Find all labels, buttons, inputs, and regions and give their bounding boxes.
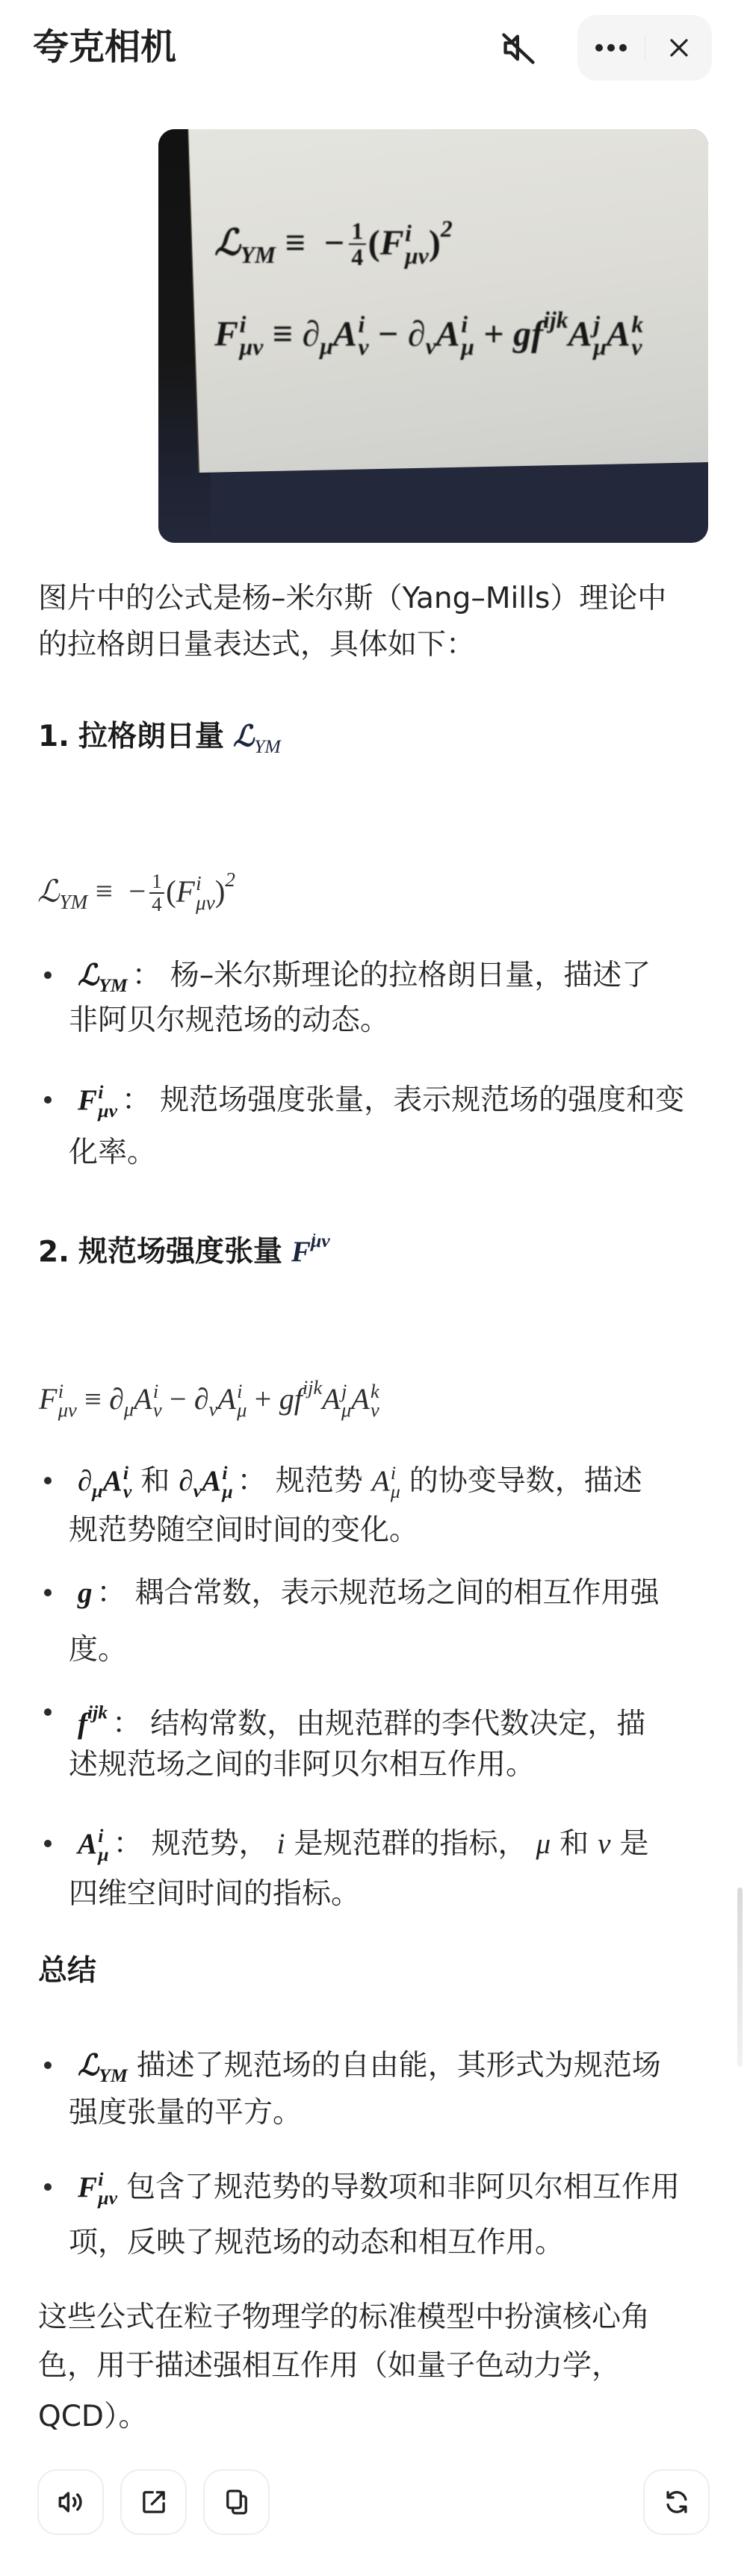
math-base: A [78, 1828, 97, 1860]
math-subscript: μ [237, 1401, 247, 1419]
speaker-muted-icon [500, 28, 539, 67]
equiv-sign: ≡ [96, 874, 113, 908]
list-item-line: ℒYM描述了规范场的自由能，其形式为规范场 [69, 2043, 661, 2089]
plus-sign: + [483, 314, 503, 354]
math-gauge-potential: Aiμ [372, 1465, 400, 1497]
math-subscript: ν [209, 1398, 218, 1420]
math-scripts: iμν [196, 874, 215, 912]
math-field-strength: Fiμν [78, 2171, 117, 2203]
power: 2 [225, 868, 235, 891]
list-item-text: 规范势， [152, 1827, 268, 1861]
photo-formula-field-strength: Fiμν≡∂μAiν−∂νAiμ+gfijkAjμAkν [214, 298, 643, 343]
minus-sign: − [128, 874, 146, 908]
list-item-text: 耦合常数，表示规范场之间的相互作用强 [135, 1576, 660, 1610]
math-scripts: iμν [98, 2171, 117, 2207]
math-index-mu: μ [536, 1828, 551, 1860]
math-subscript: μν [405, 245, 429, 267]
copy-icon [221, 2486, 252, 2518]
right-paren: ) [429, 223, 441, 263]
speaker-icon [55, 2486, 87, 2519]
share-icon [138, 2486, 170, 2518]
conclusion-line: 这些公式在粒子物理学的标准模型中扮演核心角 [38, 2295, 650, 2341]
bullet-dot [44, 1477, 52, 1484]
list-item-line: Fiμν包含了规范势的导数项和非阿贝尔相互作用 [69, 2165, 680, 2211]
colon: ： [132, 959, 161, 992]
list-item-line: 强度张量的平方。 [69, 2090, 302, 2136]
bullet-dot [44, 971, 52, 979]
math-scripts: iν [123, 1464, 131, 1501]
math-subscript: ν [359, 336, 369, 358]
list-item-text: 结构常数，由规范群的李代数决定，描 [150, 1707, 645, 1740]
bullet-dot [44, 1840, 52, 1847]
math-scripts: iμ [461, 314, 474, 358]
fraction: 14 [149, 871, 164, 915]
math-scripts: iμν [240, 314, 264, 358]
copy-button[interactable] [203, 2469, 270, 2535]
heading-number: 2. [38, 1235, 69, 1269]
math-base: f [531, 314, 543, 354]
math-derivative-mu: ∂μAiν [78, 1465, 131, 1497]
conclusion-line: QCD）。 [38, 2394, 147, 2440]
fraction-numerator: 1 [149, 871, 164, 893]
math-field-strength: Fiμν [78, 1084, 117, 1116]
math-base: A [568, 314, 592, 354]
colon: ： [97, 1576, 126, 1610]
math-base: A [103, 1465, 123, 1497]
math-index-i: i [277, 1828, 285, 1860]
math-base: ℒ [78, 959, 99, 992]
math-subscript: μν [240, 336, 264, 358]
fraction: 14 [349, 219, 366, 270]
math-derivative-nu: ∂νAiμ [179, 1465, 232, 1497]
list-item-line: 非阿贝尔规范场的动态。 [69, 998, 389, 1044]
math-scripts: iμ [391, 1464, 400, 1501]
right-paren: ) [215, 874, 226, 908]
math-gauge-potential: Aiμ [78, 1828, 109, 1860]
math-superscript: μνi [311, 1218, 330, 1264]
power: 2 [441, 216, 453, 242]
math-base: A [333, 314, 357, 354]
fraction-denominator: 4 [152, 894, 162, 915]
math-scripts: iμ [98, 1827, 108, 1864]
math-superscript: i [240, 314, 264, 336]
more-button[interactable] [577, 15, 645, 81]
math-subscript: μ [124, 1398, 134, 1420]
math-base: A [202, 1465, 221, 1497]
math-base: F [214, 314, 238, 354]
formula-field-strength: Fiμν≡∂μAiν−∂νAiμ+gfijkAjμAkν [39, 1364, 379, 1410]
list-item-line: 四维空间时间的指标。 [69, 1871, 360, 1917]
more-dots-icon [595, 44, 627, 52]
math-base: A [217, 1382, 235, 1416]
math-subscript: YM [241, 242, 276, 268]
math-superscript: j [593, 314, 607, 336]
math-base: A [134, 1382, 152, 1416]
mute-button[interactable] [496, 27, 542, 69]
math-superscript: i [196, 874, 215, 894]
math-subscript: μν [58, 1401, 77, 1419]
math-scripts: jμ [341, 1382, 351, 1419]
close-icon [668, 37, 690, 59]
fraction-denominator: 4 [351, 245, 363, 270]
math-scripts: iν [359, 314, 369, 358]
math-base: A [372, 1465, 390, 1497]
math-subscript: ν [426, 333, 436, 359]
equiv-sign: ≡ [273, 314, 293, 354]
list-item-line: 度。 [69, 1627, 127, 1673]
math-base: g [513, 314, 531, 354]
section-heading-field-strength: 2.规范场强度张量Fμνi [38, 1218, 330, 1264]
list-item-line: ∂μAiν和∂νAiμ：规范势Aiμ的协变导数，描述 [69, 1458, 642, 1505]
math-base: f [78, 1708, 87, 1740]
math-subscript: μν [98, 1102, 117, 1120]
math-base: A [436, 314, 460, 354]
left-paren: ( [368, 223, 380, 263]
math-subscript: ν [631, 336, 643, 358]
list-item-line: 项，反映了规范场的动态和相互作用。 [69, 2220, 564, 2266]
math-subscript: YM [99, 974, 128, 996]
read-aloud-button[interactable] [37, 2469, 104, 2535]
math-lagrangian: ℒYM [78, 2050, 128, 2082]
list-item-line: ℒYM：杨–米尔斯理论的拉格朗日量，描述了 [69, 953, 651, 999]
math-base: ℒ [233, 721, 254, 753]
list-item-text: 描述了规范场的自由能，其形式为规范场 [137, 2049, 661, 2082]
math-base: ℒ [78, 2050, 99, 2082]
math-base: ∂ [109, 1382, 124, 1416]
colon: ： [114, 1827, 143, 1861]
math-superscript-overlay: i [312, 1216, 316, 1262]
conjunction: 和 [560, 1827, 589, 1861]
intro-line: 的拉格朗日量表达式，具体如下： [38, 622, 475, 668]
captured-photo[interactable]: ℒYM≡−14(Fiμν)2 Fiμν≡∂μAiν−∂νAiμ+gfijkAjμ… [158, 129, 708, 543]
heading-title: 拉格朗日量 [78, 720, 224, 753]
math-superscript: ijk [87, 1702, 108, 1723]
math-base: ∂ [303, 314, 320, 354]
heading-math: Fμνi [291, 1236, 330, 1268]
refresh-icon [661, 2486, 692, 2518]
regenerate-button[interactable] [643, 2469, 710, 2535]
math-subscript: μν [196, 894, 215, 913]
list-item-line: 规范势随空间时间的变化。 [69, 1508, 418, 1554]
section-heading-lagrangian: 1.拉格朗日量ℒYM [38, 714, 281, 760]
intro-line: 图片中的公式是杨–米尔斯（Yang–Mills）理论中 [38, 576, 666, 622]
list-item-text: 是规范群的指标， [294, 1827, 527, 1861]
window-controls [577, 15, 712, 81]
summary-heading: 总结 [38, 1948, 96, 1994]
math-base: F [176, 874, 195, 908]
math-scripts: iμν [58, 1382, 77, 1419]
colon: ： [112, 1707, 141, 1740]
bullet-dot [44, 1708, 52, 1716]
math-scripts: iμν [405, 223, 429, 267]
math-base: ∂ [194, 1382, 209, 1416]
left-paren: ( [166, 874, 176, 908]
math-subscript: μν [98, 2189, 117, 2207]
math-base: g [279, 1382, 294, 1416]
math-subscript: YM [99, 2065, 128, 2086]
math-coupling-constant: g [78, 1577, 93, 1609]
math-subscript: μ [593, 336, 607, 358]
math-base: F [291, 1236, 311, 1268]
math-superscript: k [631, 314, 643, 336]
math-scripts: kν [371, 1382, 379, 1419]
math-superscript: i [461, 314, 474, 336]
math-superscript: i [405, 223, 429, 245]
conjunction: 和 [140, 1464, 170, 1498]
plus-sign: + [255, 1382, 272, 1416]
photo-screen: ℒYM≡−14(Fiμν)2 Fiμν≡∂μAiν−∂νAiμ+gfijkAjμ… [158, 129, 708, 543]
list-item-line: 化率。 [69, 1130, 156, 1176]
math-structure-constant: fijk [78, 1708, 108, 1740]
math-superscript: i [359, 314, 369, 336]
math-superscript: ijk [303, 1376, 322, 1399]
formula-lagrangian: ℒYM≡−14(Fiμν)2 [37, 856, 235, 903]
bullet-dot [44, 2062, 52, 2069]
math-base: ℒ [214, 223, 241, 263]
math-subscript: ν [123, 1483, 131, 1501]
minus-sign: − [324, 223, 344, 263]
math-subscript: YM [254, 735, 281, 757]
heading-title: 规范场强度张量 [78, 1235, 282, 1269]
math-base: ∂ [408, 314, 426, 354]
math-base: A [351, 1382, 369, 1416]
scrollbar-thumb[interactable] [737, 1888, 743, 2067]
math-base: ∂ [179, 1465, 193, 1497]
math-scripts: iμ [222, 1464, 232, 1501]
list-item-text: 杨–米尔斯理论的拉格朗日量，描述了 [170, 959, 651, 992]
math-subscript: μ [92, 1480, 102, 1502]
math-base: ∂ [78, 1465, 92, 1497]
minus-sign: − [170, 1382, 187, 1416]
list-item-text: 规范场强度张量，表示规范场的强度和变 [160, 1083, 684, 1117]
list-item-line: g：耦合常数，表示规范场之间的相互作用强 [69, 1570, 660, 1617]
equiv-sign: ≡ [84, 1382, 102, 1416]
colon: ： [122, 1083, 151, 1117]
bullet-dot [44, 2183, 52, 2191]
bullet-dot [44, 1096, 52, 1104]
heading-number: 1. [38, 720, 69, 753]
math-scripts: kν [631, 314, 643, 358]
list-item-line: fijk：结构常数，由规范群的李代数决定，描 [69, 1690, 645, 1736]
math-base: ℒ [37, 874, 60, 908]
list-item-line: Fiμν：规范场强度张量，表示规范场的强度和变 [69, 1077, 684, 1124]
math-scripts: iμν [98, 1083, 117, 1120]
list-item-line: Aiμ：规范势，i是规范群的指标，μ和ν是 [69, 1821, 648, 1867]
math-lagrangian: ℒYM [78, 959, 128, 992]
bullet-dot [44, 1589, 52, 1596]
math-subscript: μ [98, 1846, 108, 1864]
list-item-text: 规范势 [276, 1464, 363, 1498]
colon: ： [238, 1464, 267, 1498]
math-subscript: ν [371, 1401, 379, 1419]
math-index-nu: ν [598, 1828, 610, 1860]
conclusion-line: 色，用于描述强相互作用（如量子色动力学， [38, 2343, 621, 2389]
list-item-text: 包含了规范势的导数项和非阿贝尔相互作用 [126, 2171, 680, 2204]
math-subscript: μ [320, 333, 333, 359]
list-item-text: 的协变导数，描述 [409, 1464, 642, 1498]
list-item-text: 是 [619, 1827, 648, 1861]
list-item-line: 述规范场之间的非阿贝尔相互作用。 [69, 1742, 535, 1788]
math-subscript: ν [193, 1480, 202, 1502]
math-superscript: ijk [543, 307, 568, 333]
close-button[interactable] [645, 15, 712, 81]
math-base: A [322, 1382, 340, 1416]
photo-formula-lagrangian: ℒYM≡−14(Fiμν)2 [214, 207, 453, 252]
math-scripts: iν [153, 1382, 162, 1419]
math-base: A [607, 314, 630, 354]
heading-math: ℒYM [233, 721, 281, 753]
math-base: f [294, 1382, 303, 1416]
math-base: F [380, 223, 404, 263]
share-button[interactable] [120, 2469, 187, 2535]
math-base: F [39, 1382, 57, 1416]
math-subscript: ν [153, 1401, 162, 1419]
math-subscript: μ [222, 1483, 232, 1501]
math-scripts: jμ [593, 314, 607, 358]
math-base: F [78, 1084, 97, 1116]
math-subscript: μ [391, 1483, 400, 1501]
math-subscript: μ [341, 1401, 351, 1419]
equiv-sign: ≡ [285, 223, 306, 263]
app-title: 夸克相机 [33, 21, 176, 73]
math-scripts: iμ [237, 1382, 247, 1419]
minus-sign: − [378, 314, 398, 354]
math-subscript: YM [60, 891, 88, 913]
math-base: F [78, 2171, 97, 2203]
fraction-numerator: 1 [349, 219, 366, 245]
math-subscript: μ [461, 336, 474, 358]
